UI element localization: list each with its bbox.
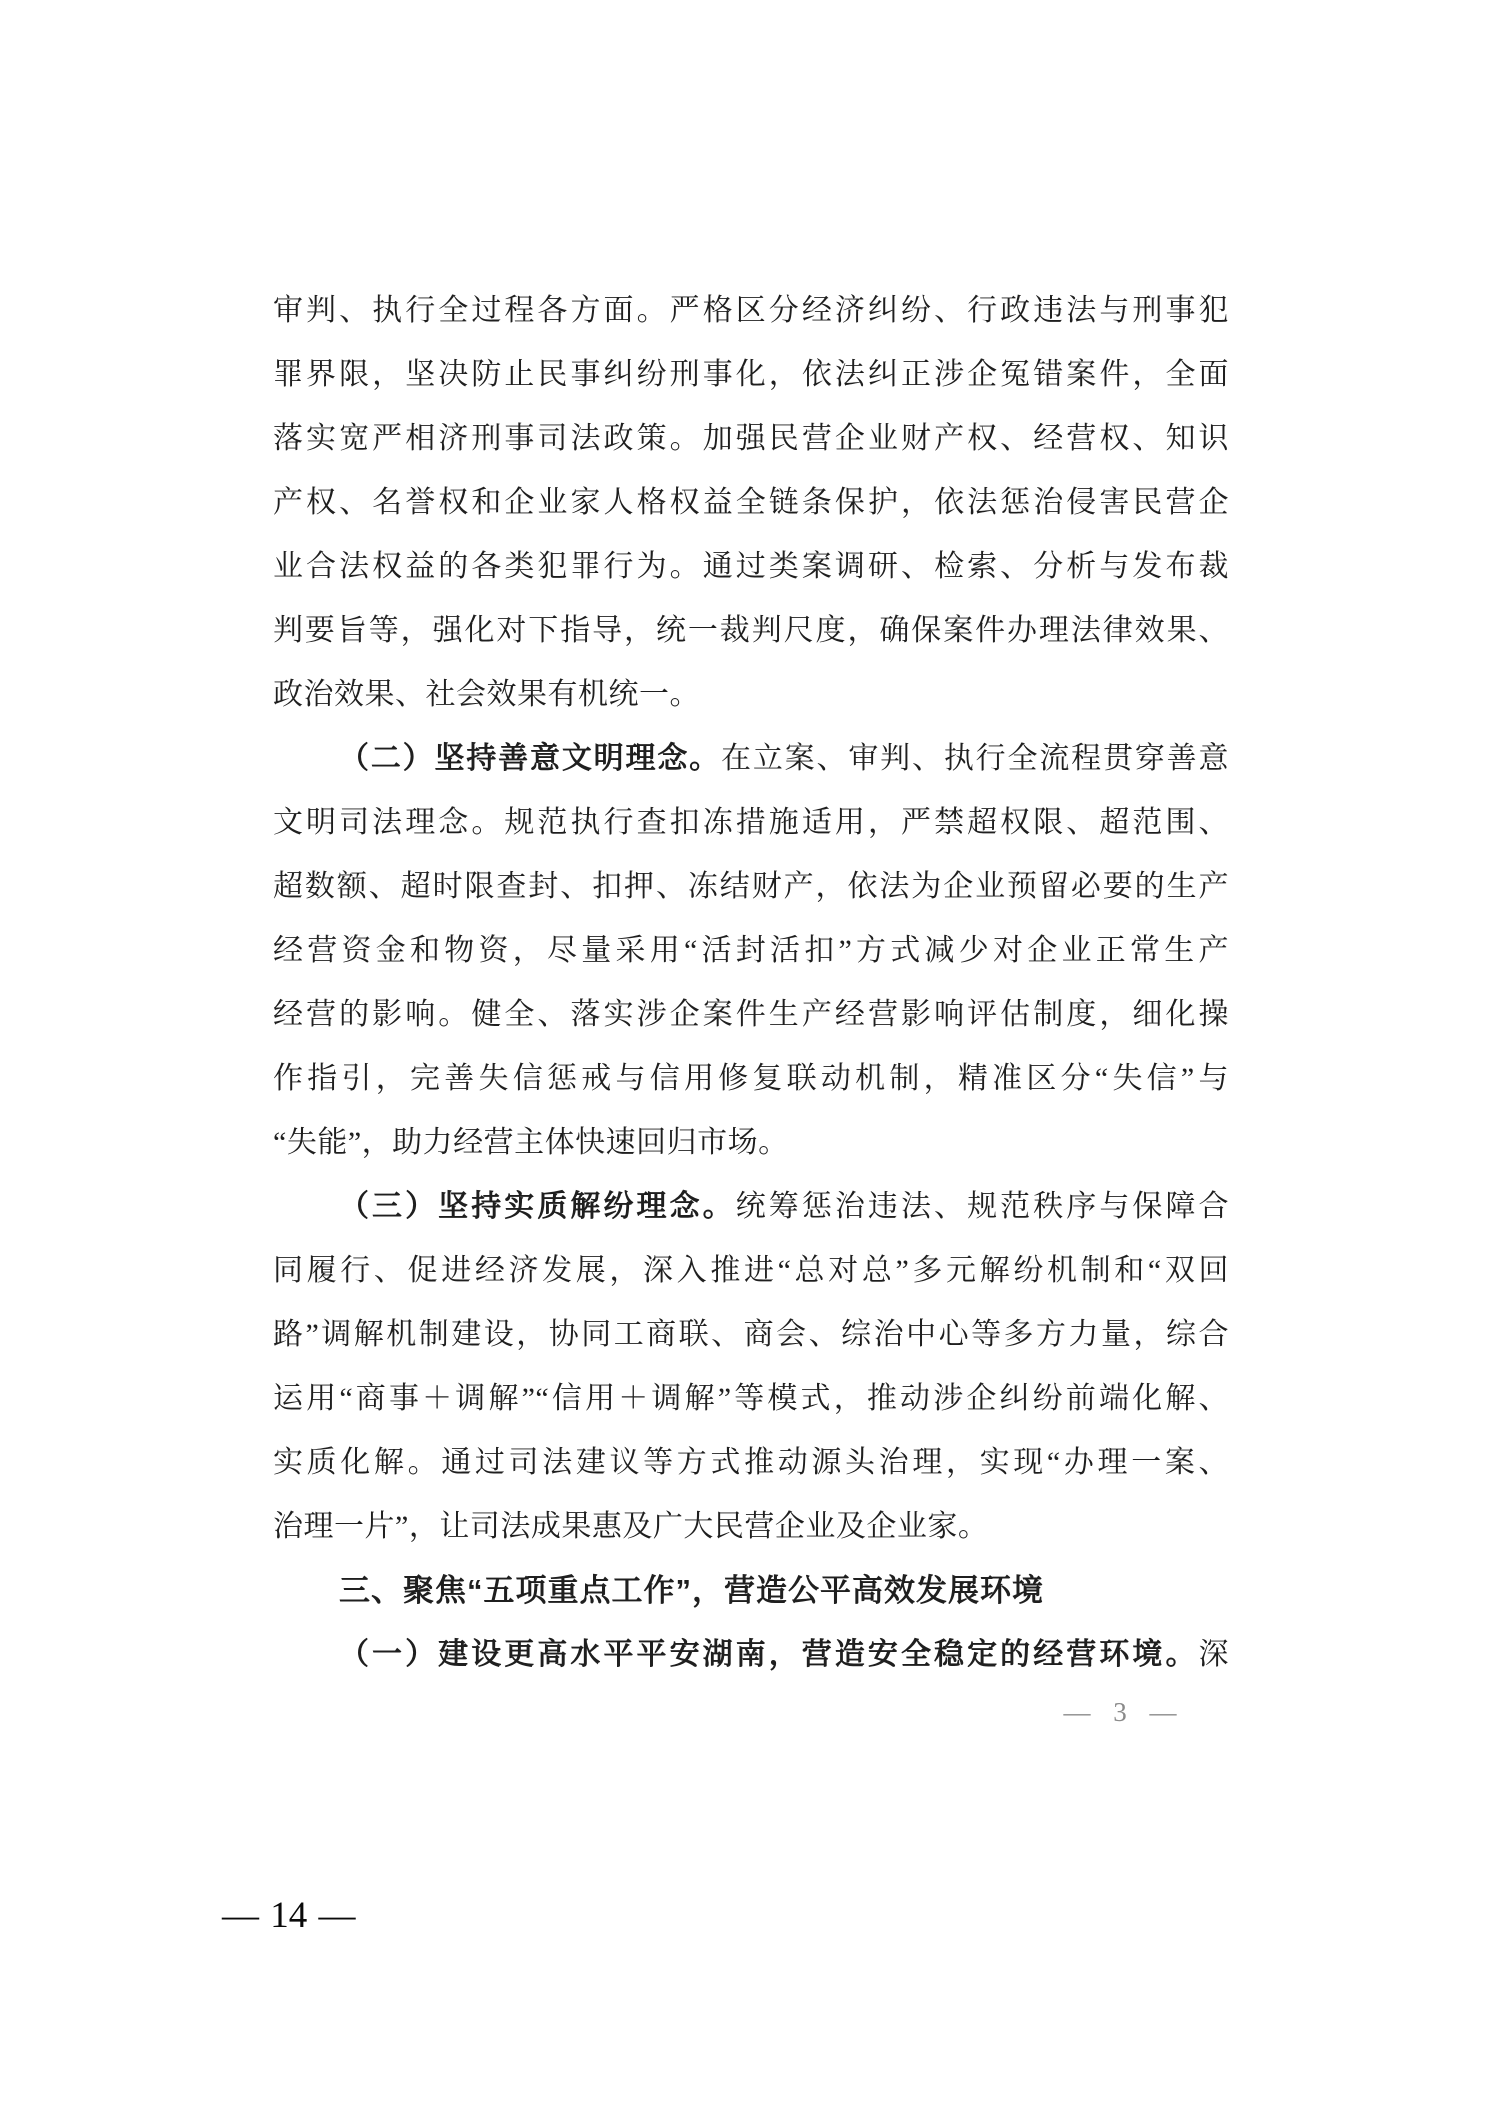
text-line: 政治效果、社会效果有机统一。	[273, 663, 1229, 727]
line-text: 深	[1199, 1638, 1230, 1671]
paragraph-lead-bold: （一）建设更高水平平安湖南，营造安全稳定的经营环境。	[339, 1638, 1199, 1671]
line-text: 政治效果、社会效果有机统一。	[273, 678, 700, 711]
document-page: 审判、执行全过程各方面。严格区分经济纠纷、行政违法与刑事犯 罪界限，坚决防止民事…	[0, 0, 1487, 2102]
line-text: 路”调解机制建设，协同工商联、商会、综治中心等多方力量，综合	[273, 1318, 1229, 1351]
paragraph-lead-bold: （二）坚持善意文明理念。	[339, 742, 721, 775]
line-text: 实质化解。通过司法建议等方式推动源头治理，实现“办理一案、	[273, 1446, 1229, 1479]
text-line: “失能”，助力经营主体快速回归市场。	[273, 1111, 1229, 1175]
line-text: 在立案、审判、执行全流程贯穿善意	[721, 742, 1229, 775]
text-line: 判要旨等，强化对下指导，统一裁判尺度，确保案件办理法律效果、	[273, 599, 1229, 663]
line-text: 经营资金和物资，尽量采用“活封活扣”方式减少对企业正常生产	[273, 934, 1229, 967]
text-line: 业合法权益的各类犯罪行为。通过类案调研、检索、分析与发布裁	[273, 535, 1229, 599]
text-line: 产权、名誉权和企业家人格权益全链条保护，依法惩治侵害民营企	[273, 471, 1229, 535]
text-line-paragraph-start: （三）坚持实质解纷理念。统筹惩治违法、规范秩序与保障合	[273, 1175, 1229, 1239]
line-text: 同履行、促进经济发展，深入推进“总对总”多元解纷机制和“双回	[273, 1254, 1229, 1287]
paragraph-lead-bold: （三）坚持实质解纷理念。	[339, 1190, 736, 1223]
line-text: 作指引，完善失信惩戒与信用修复联动机制，精准区分“失信”与	[273, 1062, 1229, 1095]
line-text: 审判、执行全过程各方面。严格区分经济纠纷、行政违法与刑事犯	[273, 294, 1229, 327]
line-text: 落实宽严相济刑事司法政策。加强民营企业财产权、经营权、知识	[273, 422, 1229, 455]
text-line: 审判、执行全过程各方面。严格区分经济纠纷、行政违法与刑事犯	[273, 279, 1229, 343]
line-text: 业合法权益的各类犯罪行为。通过类案调研、检索、分析与发布裁	[273, 550, 1229, 583]
text-line: 罪界限，坚决防止民事纠纷刑事化，依法纠正涉企冤错案件，全面	[273, 343, 1229, 407]
line-text: 运用“商事＋调解”“信用＋调解”等模式，推动涉企纠纷前端化解、	[273, 1382, 1229, 1415]
line-text: 罪界限，坚决防止民事纠纷刑事化，依法纠正涉企冤错案件，全面	[273, 358, 1229, 391]
scanned-page-number: — 3 —	[1020, 1692, 1220, 1732]
text-line: 治理一片”，让司法成果惠及广大民营企业及企业家。	[273, 1495, 1229, 1559]
line-text: 文明司法理念。规范执行查扣冻措施适用，严禁超权限、超范围、	[273, 806, 1229, 839]
line-text: 统筹惩治违法、规范秩序与保障合	[736, 1190, 1229, 1223]
text-line: 作指引，完善失信惩戒与信用修复联动机制，精准区分“失信”与	[273, 1047, 1229, 1111]
text-line: 经营资金和物资，尽量采用“活封活扣”方式减少对企业正常生产	[273, 919, 1229, 983]
line-text: 判要旨等，强化对下指导，统一裁判尺度，确保案件办理法律效果、	[273, 614, 1229, 647]
line-text: 经营的影响。健全、落实涉企案件生产经营影响评估制度，细化操	[273, 998, 1229, 1031]
section-heading-text: 三、聚焦“五项重点工作”，营造公平高效发展环境	[339, 1573, 1044, 1608]
text-line: 运用“商事＋调解”“信用＋调解”等模式，推动涉企纠纷前端化解、	[273, 1367, 1229, 1431]
text-line: 落实宽严相济刑事司法政策。加强民营企业财产权、经营权、知识	[273, 407, 1229, 471]
document-text-block: 审判、执行全过程各方面。严格区分经济纠纷、行政违法与刑事犯 罪界限，坚决防止民事…	[273, 279, 1229, 1687]
text-line-paragraph-start: （二）坚持善意文明理念。在立案、审判、执行全流程贯穿善意	[273, 727, 1229, 791]
text-line: 超数额、超时限查封、扣押、冻结财产，依法为企业预留必要的生产	[273, 855, 1229, 919]
section-heading: 三、聚焦“五项重点工作”，营造公平高效发展环境	[273, 1559, 1229, 1623]
line-text: “失能”，助力经营主体快速回归市场。	[273, 1126, 789, 1159]
text-line-paragraph-start: （一）建设更高水平平安湖南，营造安全稳定的经营环境。深	[273, 1623, 1229, 1687]
text-line: 实质化解。通过司法建议等方式推动源头治理，实现“办理一案、	[273, 1431, 1229, 1495]
overlay-page-number: — 14 —	[222, 1892, 422, 1940]
line-text: 超数额、超时限查封、扣押、冻结财产，依法为企业预留必要的生产	[273, 870, 1229, 903]
line-text: 治理一片”，让司法成果惠及广大民营企业及企业家。	[273, 1510, 988, 1543]
text-line: 文明司法理念。规范执行查扣冻措施适用，严禁超权限、超范围、	[273, 791, 1229, 855]
text-line: 同履行、促进经济发展，深入推进“总对总”多元解纷机制和“双回	[273, 1239, 1229, 1303]
text-line: 经营的影响。健全、落实涉企案件生产经营影响评估制度，细化操	[273, 983, 1229, 1047]
text-line: 路”调解机制建设，协同工商联、商会、综治中心等多方力量，综合	[273, 1303, 1229, 1367]
line-text: 产权、名誉权和企业家人格权益全链条保护，依法惩治侵害民营企	[273, 486, 1229, 519]
